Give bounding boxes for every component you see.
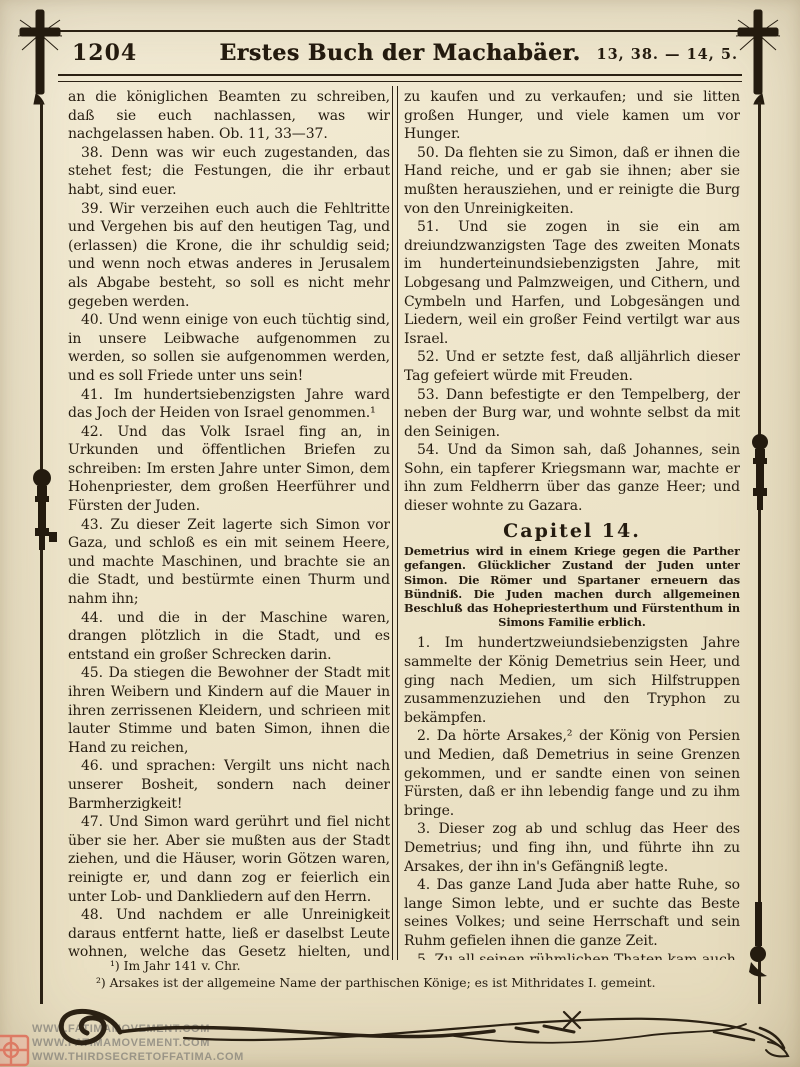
verse-paragraph: 46. und sprachen: Vergilt uns nicht nach… (68, 757, 390, 813)
chapter-heading: Capitel 14. (404, 522, 740, 541)
footnotes: ¹) Im Jahr 141 v. Chr. ²) Arsakes ist de… (96, 958, 746, 991)
verse-paragraph: 48. Und nachdem er alle Unreinigkeit dar… (68, 906, 390, 960)
verse-paragraph: 1. Im hundertzweiundsiebenzigsten Jahre … (404, 634, 740, 727)
verse-paragraph: 38. Denn was wir euch zugestanden, das s… (68, 144, 390, 200)
book-page: 1204 Erstes Buch der Machabäer. 13, 38. … (0, 0, 800, 1067)
verse-paragraph: 42. Und das Volk Israel fing an, in Urku… (68, 423, 390, 516)
verse-paragraph: 2. Da hörte Arsakes,² der König von Pers… (404, 727, 740, 820)
verse-paragraph: an die königlichen Beamten zu schreiben,… (68, 88, 390, 144)
verse-paragraph: 51. Und sie zogen in sie ein am dreiundz… (404, 218, 740, 348)
footnote: ²) Arsakes ist der allgemeine Name der p… (96, 975, 746, 992)
verse-paragraph: 40. Und wenn einige von euch tüchtig sin… (68, 311, 390, 385)
bottom-flourish-ornament-icon (24, 998, 794, 1064)
right-rail-ornament-icon (745, 432, 775, 528)
top-rule (58, 30, 742, 32)
footnote: ¹) Im Jahr 141 v. Chr. (96, 958, 746, 975)
verse-paragraph: 44. und die in der Maschine waren, drang… (68, 609, 390, 665)
header-rule (58, 74, 742, 82)
verse-paragraph: zu kaufen und zu verkaufen; und sie litt… (404, 88, 740, 144)
verse-paragraph: 50. Da flehten sie zu Simon, daß er ihne… (404, 144, 740, 218)
verse-paragraph: 4. Das ganze Land Juda aber hatte Ruhe, … (404, 876, 740, 950)
chapter-summary: Demetrius wird in einem Kriege gegen die… (404, 544, 740, 629)
left-rail-ornament-icon (27, 468, 57, 564)
left-column: an die königlichen Beamten zu schreiben,… (68, 88, 390, 960)
verse-paragraph: 54. Und da Simon sah, daß Johannes, sein… (404, 441, 740, 515)
verse-paragraph: 39. Wir verzeihen euch auch die Fehltrit… (68, 200, 390, 312)
column-divider (392, 86, 398, 960)
right-rail-bottom-ornament-icon (747, 902, 771, 980)
verse-paragraph: 53. Dann befestigte er den Tempelberg, d… (404, 386, 740, 442)
page-number: 1204 (72, 40, 137, 66)
verse-paragraph: 47. Und Simon ward gerührt und fiel nich… (68, 813, 390, 906)
verse-paragraph: 3. Dieser zog ab und schlug das Heer des… (404, 820, 740, 876)
verse-range: 13, 38. — 14, 5. (596, 46, 738, 63)
right-border-rule (758, 102, 761, 1004)
verse-paragraph: 52. Und er setzte fest, daß alljährlich … (404, 348, 740, 385)
verse-paragraph: 43. Zu dieser Zeit lagerte sich Simon vo… (68, 516, 390, 609)
verse-paragraph: 45. Da stiegen die Bewohner der Stadt mi… (68, 664, 390, 757)
page-title: Erstes Buch der Machabäer. (160, 40, 640, 66)
right-column: zu kaufen und zu verkaufen; und sie litt… (404, 88, 740, 960)
verse-paragraph: 41. Im hundertsiebenzigsten Jahre ward d… (68, 386, 390, 423)
cross-ornament-top-left-icon (14, 6, 66, 106)
